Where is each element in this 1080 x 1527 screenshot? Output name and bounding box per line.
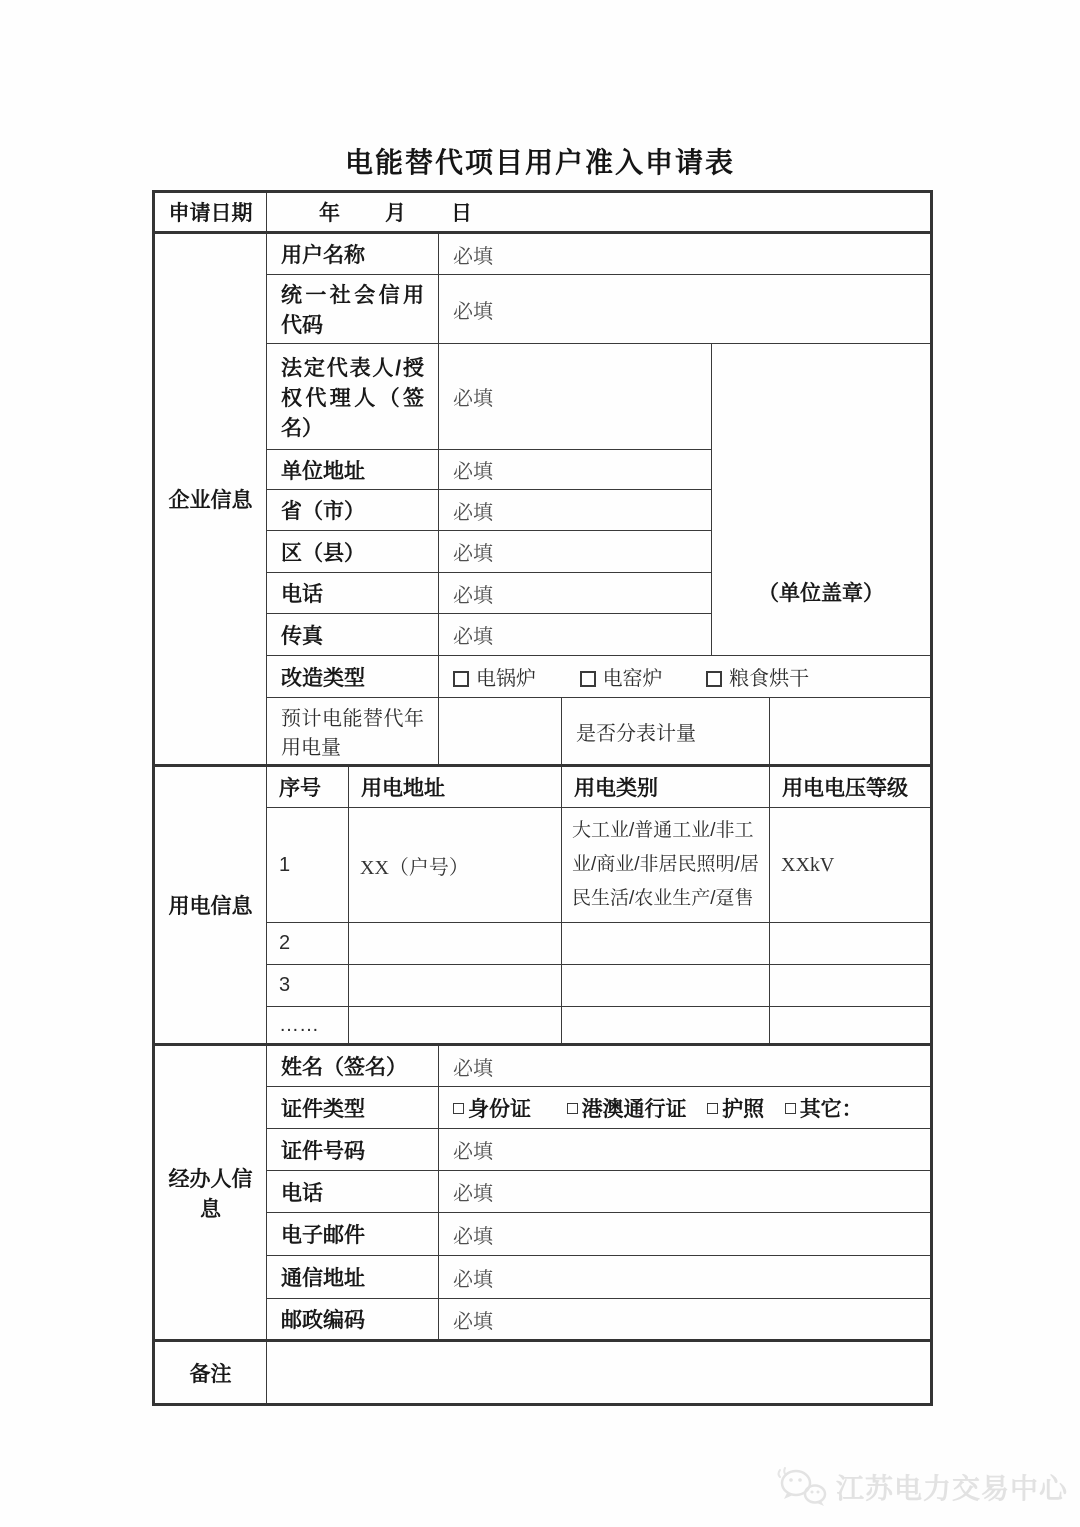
phone-value: 必填 [439, 573, 712, 614]
document-page: 电能替代项目用户准入申请表 申请日期 年 月 日 企业信息 用户名称 必填 统一… [0, 0, 1080, 1527]
checkbox-icon [453, 671, 469, 687]
email-label: 电子邮件 [267, 1213, 439, 1256]
usage-no-cell: 3 [267, 965, 349, 1007]
usage-category-cell [562, 965, 770, 1007]
annual-substitution-label: 预计电能替代年用电量 [267, 698, 439, 766]
mailing-address-value: 必填 [439, 1256, 932, 1299]
annual-substitution-value [439, 698, 562, 766]
usage-address-cell [349, 1007, 562, 1045]
usage-category-cell [562, 1007, 770, 1045]
usage-voltage-cell [770, 1007, 932, 1045]
section-label-power-usage-info: 用电信息 [154, 766, 267, 1045]
email-value: 必填 [439, 1213, 932, 1256]
id-option-label: 护照 [722, 1098, 764, 1121]
usage-header-no: 序号 [267, 766, 349, 808]
agent-name-value: 必填 [439, 1045, 932, 1087]
checkbox-icon [707, 1103, 718, 1114]
remarks-value [267, 1341, 932, 1405]
usage-header-address: 用电地址 [349, 766, 562, 808]
id-type-label: 证件类型 [267, 1087, 439, 1129]
usage-voltage-cell [770, 923, 932, 965]
usage-voltage-cell: XXkV [770, 808, 932, 923]
usage-address-cell [349, 923, 562, 965]
checkbox-icon [580, 671, 596, 687]
postal-code-label: 邮政编码 [267, 1299, 439, 1341]
apply-date-value: 年 月 日 [267, 192, 932, 233]
id-option-label: 其它： [800, 1098, 863, 1121]
usage-no-cell: 1 [267, 808, 349, 923]
id-option-id-card: 身份证 [453, 1093, 531, 1123]
usage-voltage-cell [770, 965, 932, 1007]
section-label-enterprise-info: 企业信息 [154, 233, 267, 766]
phone-label: 电话 [267, 573, 439, 614]
renovation-option-electric-boiler: 电锅炉 [453, 662, 536, 691]
province-label: 省（市） [267, 490, 439, 531]
footer-brand-text: 江苏电力交易中心 [836, 1467, 1068, 1507]
checkbox-icon [567, 1103, 578, 1114]
id-type-options-cell: 身份证 港澳通行证 护照 其它： [439, 1087, 932, 1129]
agent-name-label: 姓名（签名） [267, 1045, 439, 1087]
user-name-value: 必填 [439, 233, 932, 275]
id-option-other: 其它： [785, 1093, 863, 1123]
checkbox-icon [785, 1103, 796, 1114]
agent-phone-label: 电话 [267, 1171, 439, 1213]
usage-category-cell [562, 923, 770, 965]
id-option-label: 港澳通行证 [582, 1098, 687, 1121]
renovation-option-electric-kiln: 电窑炉 [580, 662, 663, 691]
company-stamp-cell: （单位盖章） [712, 344, 932, 656]
usage-header-category: 用电类别 [562, 766, 770, 808]
mailing-address-label: 通信地址 [267, 1256, 439, 1299]
company-address-value: 必填 [439, 450, 712, 490]
usage-no-cell: …… [267, 1007, 349, 1045]
id-option-hk-macau-permit: 港澳通行证 [567, 1093, 687, 1123]
separate-metering-value [770, 698, 932, 766]
wechat-icon [774, 1466, 828, 1508]
company-address-label: 单位地址 [267, 450, 439, 490]
renovation-option-grain-drying: 粮食烘干 [706, 662, 809, 691]
agent-phone-value: 必填 [439, 1171, 932, 1213]
footer-brand: 江苏电力交易中心 [774, 1464, 1068, 1510]
district-label: 区（县） [267, 531, 439, 573]
usage-no-cell: 2 [267, 923, 349, 965]
apply-date-label: 申请日期 [154, 192, 267, 233]
legal-representative-value: 必填 [439, 344, 712, 450]
checkbox-icon [453, 1103, 464, 1114]
fax-label: 传真 [267, 614, 439, 656]
credit-code-value: 必填 [439, 275, 932, 344]
checkbox-icon [706, 671, 722, 687]
section-label-agent-info: 经办人信息 [154, 1045, 267, 1341]
renovation-option-label: 电窑炉 [603, 668, 663, 690]
separate-metering-label: 是否分表计量 [562, 698, 770, 766]
credit-code-label: 统一社会信用代码 [267, 275, 439, 344]
renovation-options-cell: 电锅炉 电窑炉 粮食烘干 [439, 656, 932, 698]
id-number-value: 必填 [439, 1129, 932, 1171]
id-option-passport: 护照 [707, 1093, 764, 1123]
postal-code-value: 必填 [439, 1299, 932, 1341]
renovation-type-label: 改造类型 [267, 656, 439, 698]
application-form-table: 申请日期 年 月 日 企业信息 用户名称 必填 统一社会信用代码 必填 法定代表… [152, 190, 933, 1406]
remarks-label: 备注 [154, 1341, 267, 1405]
usage-address-cell: XX（户号） [349, 808, 562, 923]
usage-address-cell [349, 965, 562, 1007]
renovation-option-label: 粮食烘干 [729, 668, 809, 690]
usage-category-cell: 大工业/普通工业/非工业/商业/非居民照明/居民生活/农业生产/趸售 [562, 808, 770, 923]
renovation-option-label: 电锅炉 [476, 668, 536, 690]
legal-representative-label: 法定代表人/授权代理人（签名） [267, 344, 439, 450]
page-title: 电能替代项目用户准入申请表 [0, 141, 1080, 181]
id-option-label: 身份证 [468, 1098, 531, 1121]
fax-value: 必填 [439, 614, 712, 656]
province-value: 必填 [439, 490, 712, 531]
usage-header-voltage: 用电电压等级 [770, 766, 932, 808]
id-number-label: 证件号码 [267, 1129, 439, 1171]
user-name-label: 用户名称 [267, 233, 439, 275]
district-value: 必填 [439, 531, 712, 573]
